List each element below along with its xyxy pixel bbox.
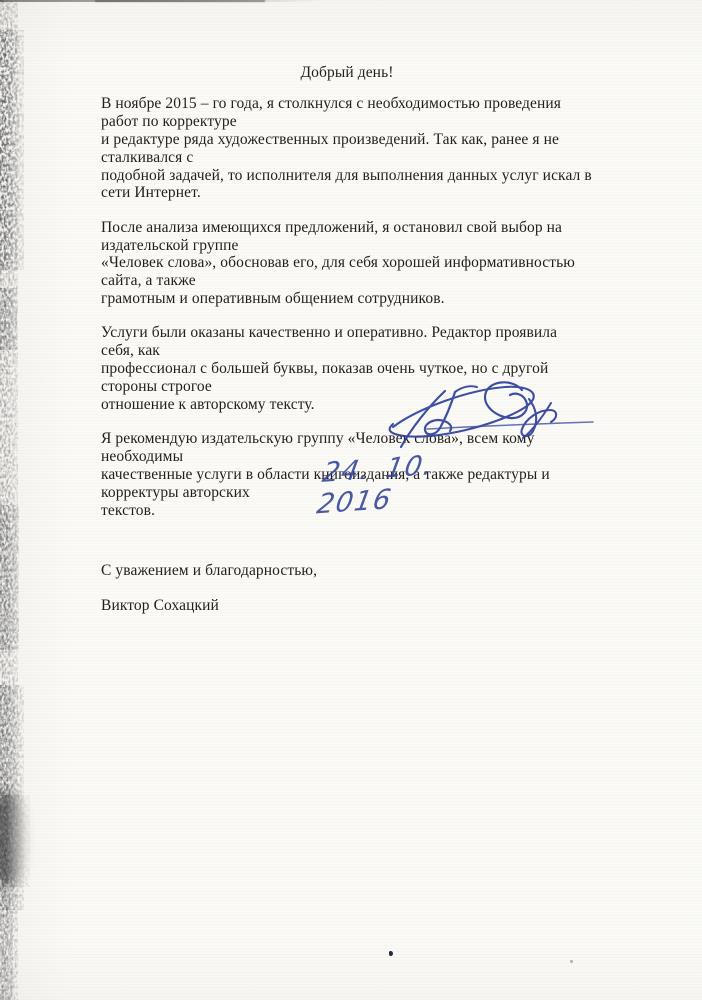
letter-body: Добрый день! В ноябре 2015 – го года, я … — [101, 64, 593, 615]
signature-stroke — [427, 422, 593, 429]
letter-closing: С уважением и благодарностью, — [101, 562, 593, 580]
scan-top-edge-dash — [95, 0, 265, 2]
scanned-letter-page: Добрый день! В ноябре 2015 – го года, я … — [0, 0, 702, 1000]
signer-name: Виктор Сохацкий — [101, 597, 593, 615]
scanner-edge-artifact — [0, 0, 40, 1000]
ink-speck — [389, 951, 393, 956]
letter-greeting: Добрый день! — [101, 64, 593, 82]
ink-speck-faint — [570, 960, 573, 963]
letter-paragraph-2: После анализа имеющихся предложений, я о… — [101, 219, 593, 309]
letter-paragraph-1: В ноябре 2015 – го года, я столкнулся с … — [101, 95, 593, 202]
